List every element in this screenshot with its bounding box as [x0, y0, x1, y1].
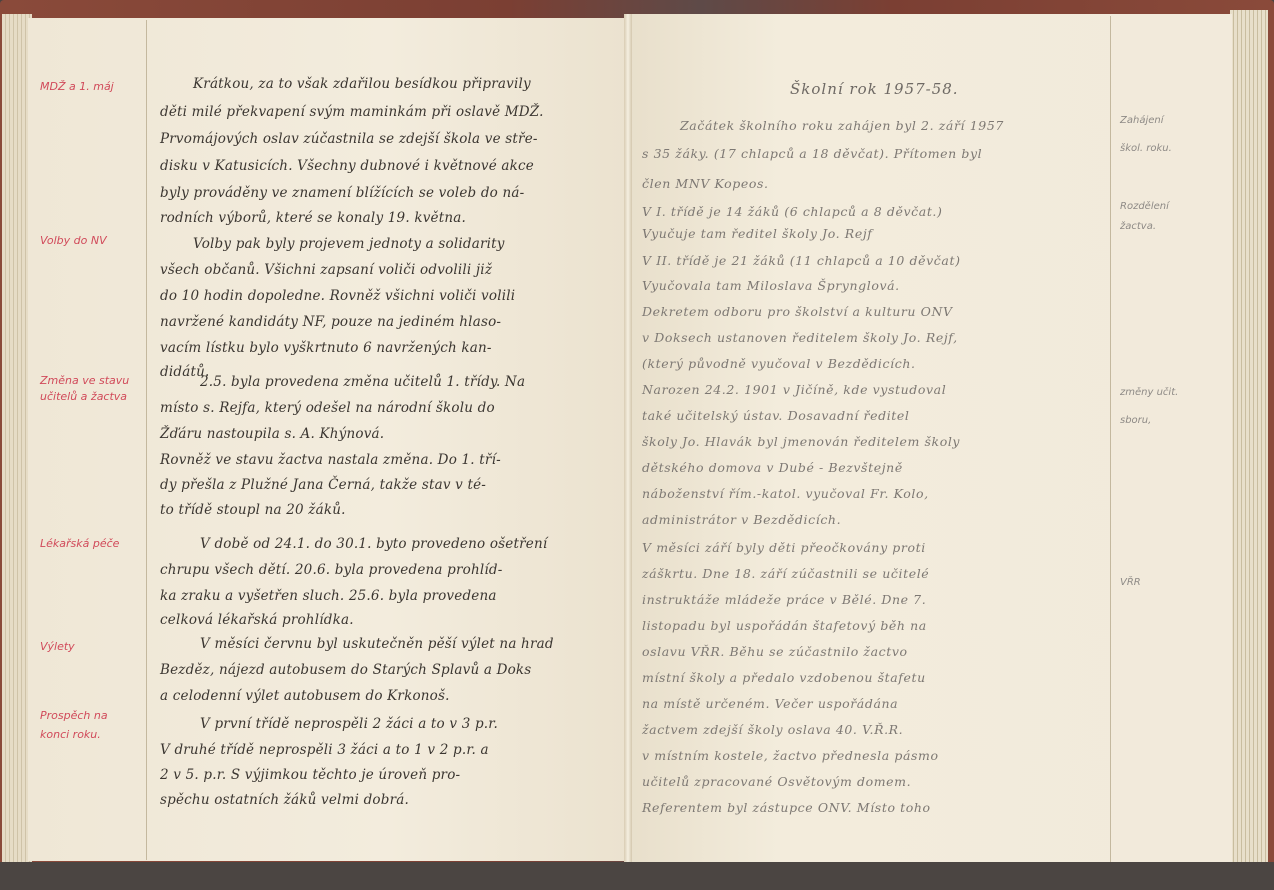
text-line: také učitelský ústav. Dosavadní ředitel [642, 408, 910, 423]
text-line: V I. třídě je 14 žáků (6 chlapců a 8 děv… [642, 204, 943, 219]
right-page-edges [1230, 10, 1268, 865]
text-line: všech občanů. Všichni zapsaní voliči odv… [160, 262, 492, 278]
text-line: záškrtu. Dne 18. září zúčastnili se učit… [642, 566, 929, 581]
margin-note: Volby do NV [40, 232, 107, 250]
margin-note: konci roku. [40, 726, 101, 744]
margin-note: Lékařská péče [40, 535, 119, 553]
text-line: s 35 žáky. (17 chlapců a 18 děvčat). Pří… [642, 146, 982, 161]
text-line: to třídě stoupl na 20 žáků. [160, 502, 346, 518]
margin-note: změny učit. [1120, 382, 1178, 404]
text-line: V měsíci září byly děti přeočkovány prot… [642, 540, 926, 555]
text-line: Prvomájových oslav zúčastnila se zdejší … [160, 131, 538, 147]
text-line: instruktáže mládeže práce v Bělé. Dne 7. [642, 592, 926, 607]
text-line: byly prováděny ve znamení blížících se v… [160, 185, 524, 201]
text-line: dy přešla z Plužné Jana Černá, takže sta… [160, 477, 486, 493]
margin-note: Zahájení [1120, 110, 1164, 132]
text-line: Rovněž ve stavu žactva nastala změna. Do… [160, 452, 501, 468]
text-line: a celodenní výlet autobusem do Krkonoš. [160, 688, 450, 704]
text-line: ka zraku a vyšetřen sluch. 25.6. byla pr… [160, 588, 497, 604]
text-line: (který původně vyučoval v Bezdědicích. [642, 356, 916, 371]
text-line: oslavu VŘR. Běhu se zúčastnilo žactvo [642, 644, 908, 659]
text-line: V první třídě neprospěli 2 žáci a to v 3… [200, 716, 498, 732]
text-line: V druhé třídě neprospěli 3 žáci a to 1 v… [160, 742, 489, 758]
text-line: Dekretem odboru pro školství a kulturu O… [642, 304, 953, 319]
text-line: navržené kandidáty NF, pouze na jediném … [160, 314, 501, 330]
text-line: rodních výborů, které se konaly 19. květ… [160, 210, 466, 226]
text-line: administrátor v Bezdědicích. [642, 512, 841, 527]
text-line: do 10 hodin dopoledne. Rovněž všichni vo… [160, 288, 515, 304]
margin-note: učitelů a žactva [40, 388, 127, 406]
margin-note: škol. roku. [1120, 138, 1172, 160]
text-line: Žďáru nastoupila s. A. Khýnová. [160, 426, 384, 442]
text-line: Vyučovala tam Miloslava Šprynglová. [642, 278, 900, 293]
text-line: vacím lístku bylo vyškrtnuto 6 navrženýc… [160, 340, 492, 356]
margin-note: Výlety [40, 638, 75, 656]
text-line: chrupu všech dětí. 20.6. byla provedena … [160, 562, 503, 578]
book-gutter [624, 14, 632, 864]
text-line: Začátek školního roku zahájen byl 2. zář… [680, 118, 1004, 133]
text-line: místo s. Rejfa, který odešel na národní … [160, 400, 495, 416]
text-line: V měsíci červnu byl uskutečněn pěší výle… [200, 636, 554, 652]
text-line: celková lékařská prohlídka. [160, 612, 354, 628]
text-line: Bezděz, nájezd autobusem do Starých Spla… [160, 662, 531, 678]
margin-note: Rozdělení [1120, 196, 1169, 218]
margin-note: VŘR [1120, 572, 1141, 594]
text-line: člen MNV Kopeos. [642, 176, 769, 191]
text-line: listopadu byl uspořádán štafetový běh na [642, 618, 927, 633]
text-line: Referentem byl zástupce ONV. Místo toho [642, 800, 931, 815]
page-title: Školní rok 1957-58. [790, 80, 959, 98]
margin-note: MDŽ a 1. máj [40, 78, 114, 96]
text-line: děti milé překvapení svým maminkám při o… [160, 104, 544, 120]
text-line: učitelů zpracované Osvětovým domem. [642, 774, 911, 789]
text-line: V II. třídě je 21 žáků (11 chlapců a 10 … [642, 253, 961, 268]
right-margin-rule [1110, 16, 1111, 862]
text-line: školy Jo. Hlavák byl jmenován ředitelem … [642, 434, 960, 449]
text-line: 2.5. byla provedena změna učitelů 1. tří… [200, 374, 525, 390]
text-line: místní školy a předalo vzdobenou štafetu [642, 670, 926, 685]
text-line: žactvem zdejší školy oslava 40. V.Ř.R. [642, 722, 903, 737]
margin-note: Prospěch na [40, 707, 108, 725]
text-line: 2 v 5. p.r. S výjimkou těchto je úroveň … [160, 767, 460, 783]
text-line: Vyučuje tam ředitel školy Jo. Rejf [642, 226, 873, 241]
left-margin-rule [146, 20, 147, 860]
text-line: náboženství řím.-katol. vyučoval Fr. Kol… [642, 486, 929, 501]
text-line: Krátkou, za to však zdařilou besídkou př… [193, 76, 531, 92]
text-line: Narozen 24.2. 1901 v Jičíně, kde vystudo… [642, 382, 946, 397]
text-line: V době od 24.1. do 30.1. byto provedeno … [200, 536, 547, 552]
text-line: na místě určeném. Večer uspořádána [642, 696, 898, 711]
text-line: disku v Katusicích. Všechny dubnové i kv… [160, 158, 534, 174]
text-line: v místním kostele, žactvo přednesla pásm… [642, 748, 939, 763]
text-line: spěchu ostatních žáků velmi dobrá. [160, 792, 409, 808]
table-surface [0, 862, 1274, 890]
text-line: v Doksech ustanoven ředitelem školy Jo. … [642, 330, 958, 345]
margin-note: sboru, [1120, 410, 1151, 432]
text-line: Volby pak byly projevem jednoty a solida… [193, 236, 505, 252]
text-line: dětského domova v Dubé - Bezvštejně [642, 460, 903, 475]
margin-note: žactva. [1120, 216, 1156, 238]
